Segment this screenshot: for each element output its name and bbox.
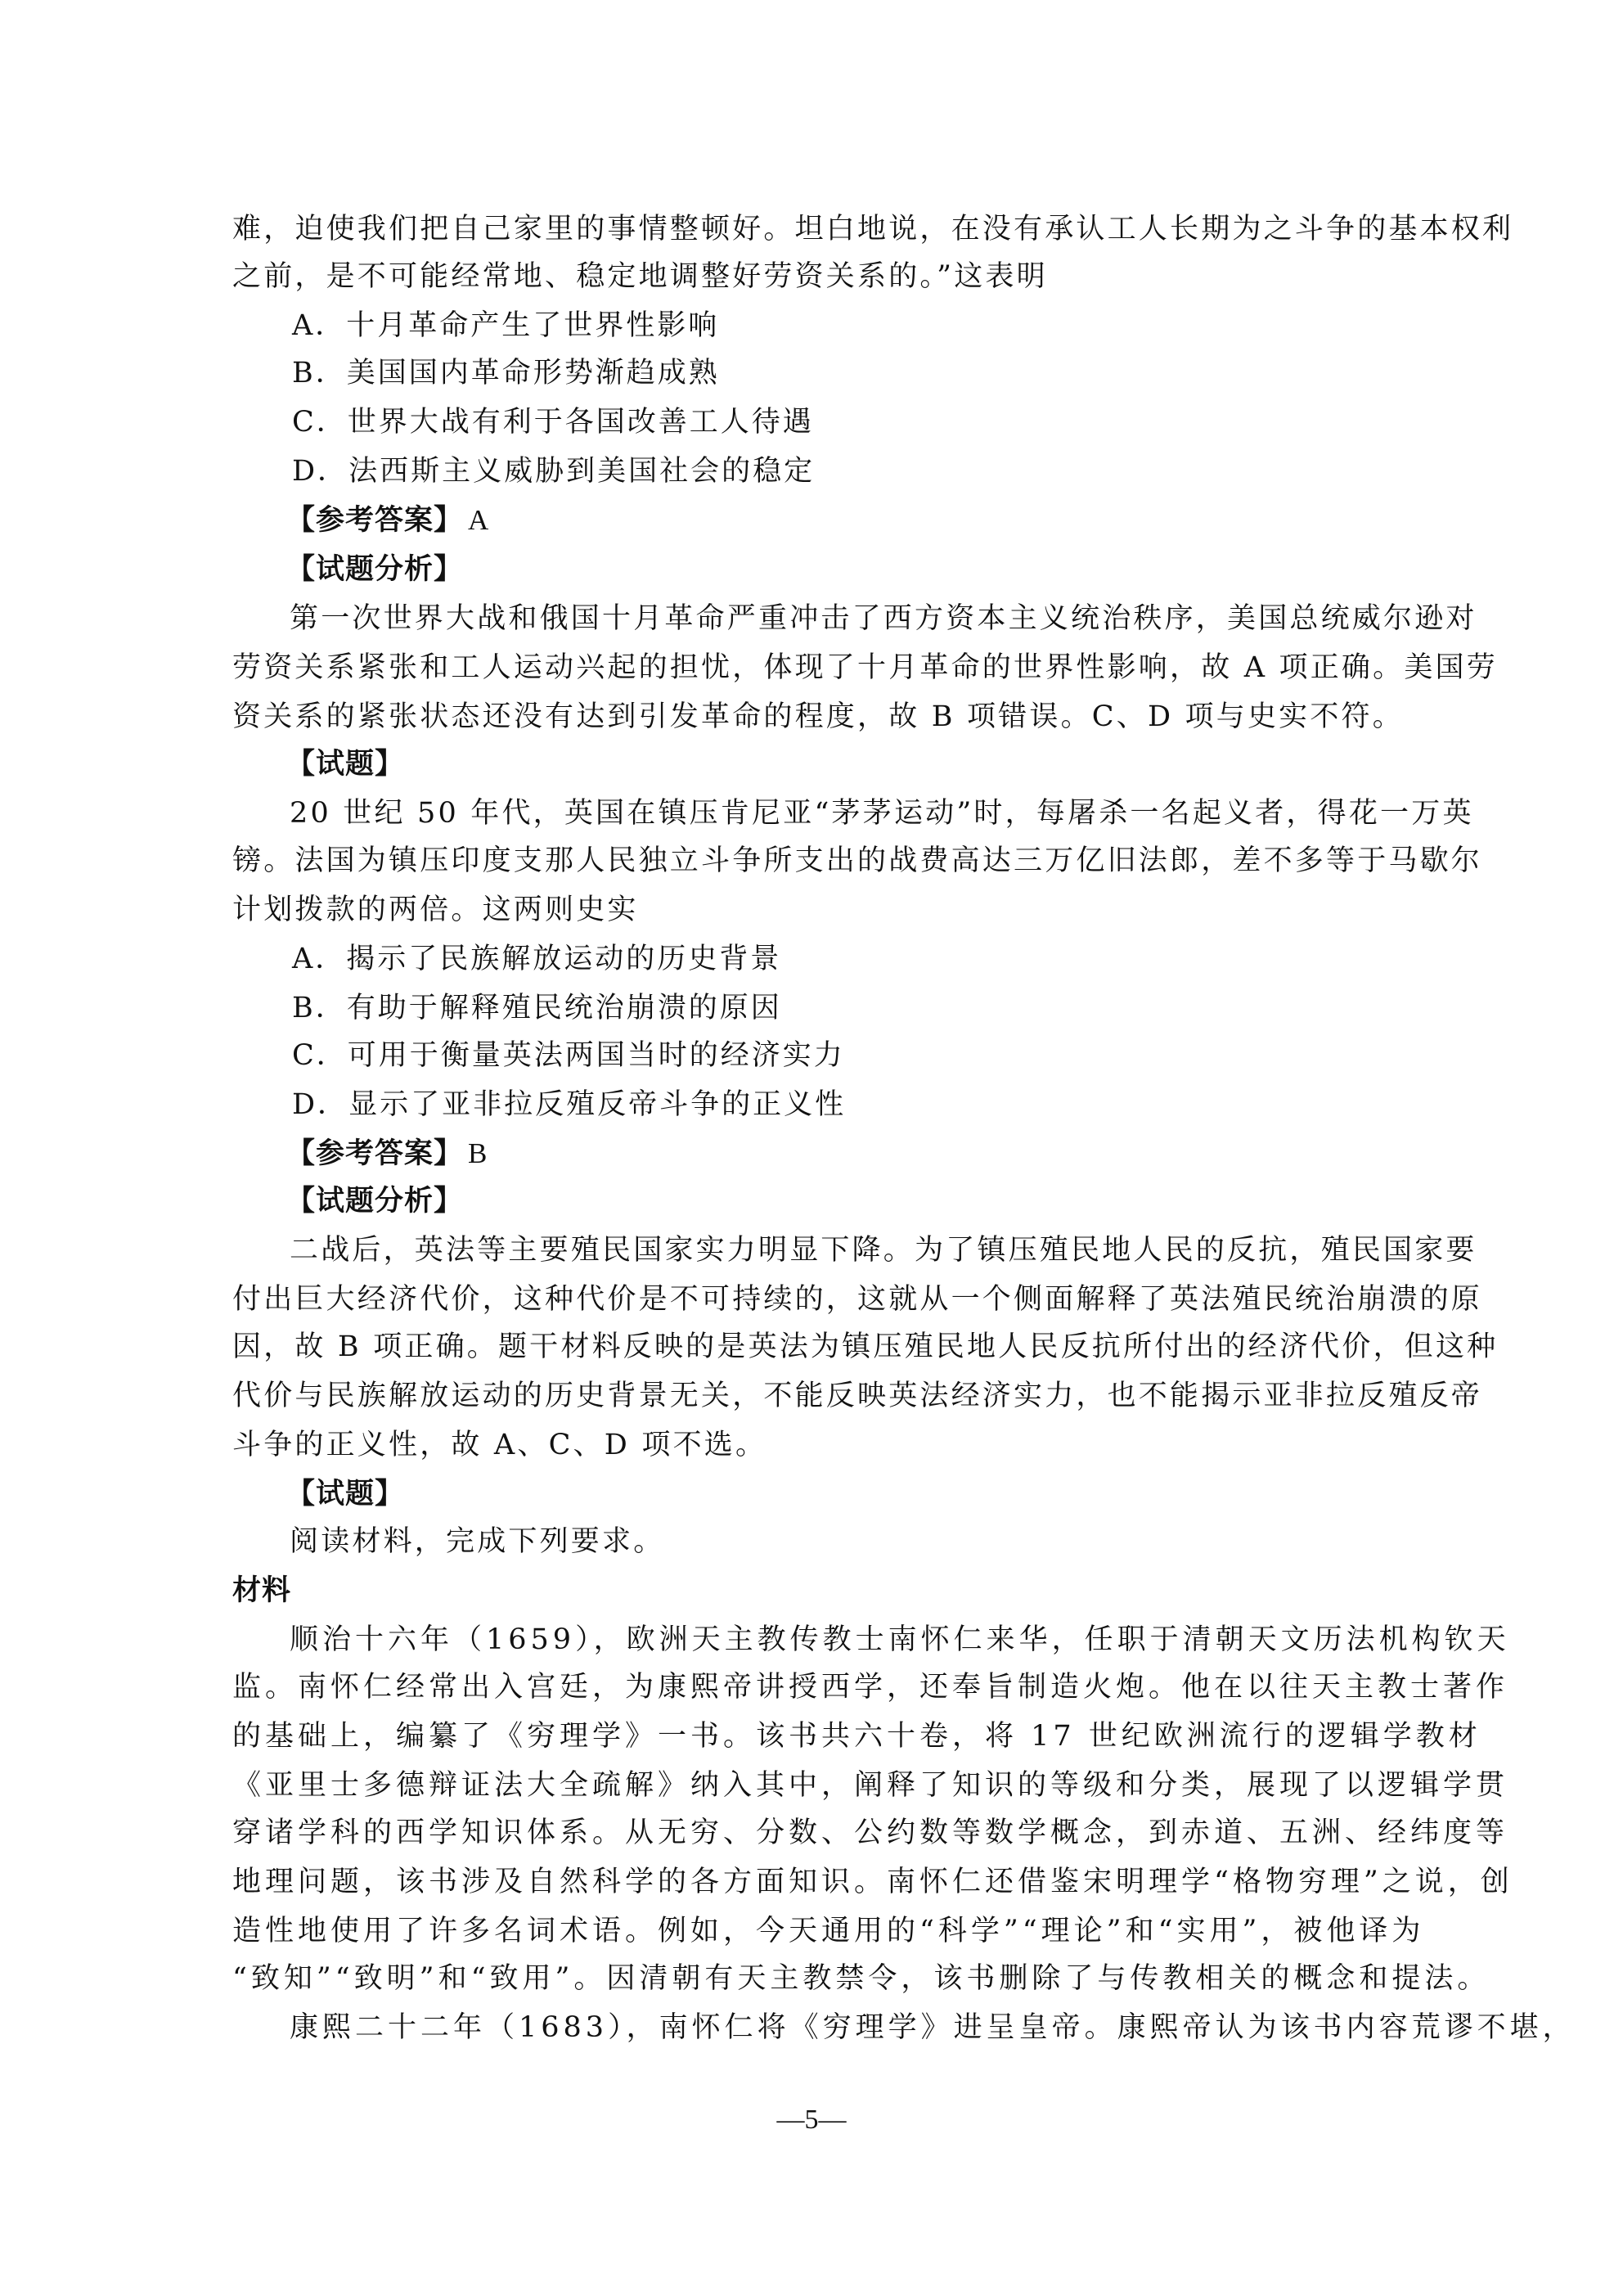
option-letter: D． — [292, 455, 348, 488]
option-letter: D． — [292, 1088, 348, 1121]
q1-analysis-heading: 【试题分析】 — [286, 545, 1448, 594]
material-line-2: 监。南怀仁经常出入宫廷，为康熙帝讲授西学，还奉旨制造火炮。他在以往天主教士著作 — [232, 1663, 1394, 1712]
option-letter: B． — [292, 992, 347, 1024]
material-line-1: 顺治十六年（1659），欧洲天主教传教士南怀仁来华，任职于清朝天文历法机构钦天 — [290, 1615, 1394, 1664]
q2-option-a: A．揭示了民族解放运动的历史背景 — [292, 934, 1355, 984]
option-letter: B． — [292, 357, 347, 389]
option-text: 世界大战有利于各国改善工人待遇 — [348, 406, 814, 439]
answer-heading: 【参考答案】 — [286, 504, 463, 537]
material-line-4: 《亚里士多德辩证法大全疏解》纳入其中，阐释了知识的等级和分类，展现了以逻辑学贯 — [232, 1761, 1394, 1810]
option-text: 法西斯主义威胁到美国社会的稳定 — [348, 455, 815, 488]
q1-answer: 【参考答案】A — [286, 496, 1448, 545]
q1-analysis-line-2: 劳资关系紧张和工人运动兴起的担忧，体现了十月革命的世界性影响，故 A 项正确。美… — [232, 643, 1394, 692]
material-line-7: 造性地使用了许多名词术语。例如，今天通用的“科学”“理论”和“实用”，被他译为 — [232, 1907, 1394, 1956]
material-line-3: 的基础上，编纂了《穷理学》一书。该书共六十卷，将 17 世纪欧洲流行的逻辑学教材 — [232, 1712, 1394, 1761]
option-letter: C． — [292, 406, 348, 439]
q2-analysis-line-5: 斗争的正义性，故 A、C、D 项不选。 — [232, 1420, 1394, 1470]
answer-value: A — [468, 504, 489, 536]
q2-answer: 【参考答案】B — [286, 1129, 1448, 1178]
q2-option-d: D．显示了亚非拉反殖反帝斗争的正义性 — [292, 1080, 1355, 1129]
q2-heading: 【试题】 — [286, 740, 1448, 789]
option-text: 显示了亚非拉反殖反帝斗争的正义性 — [348, 1088, 846, 1121]
q1-option-b: B．美国国内革命形势渐趋成熟 — [292, 349, 1355, 398]
option-letter: A． — [292, 309, 346, 342]
option-text: 可用于衡量英法两国当时的经济实力 — [348, 1039, 845, 1072]
q1-option-c: C．世界大战有利于各国改善工人待遇 — [292, 398, 1355, 447]
answer-heading: 【参考答案】 — [286, 1137, 463, 1170]
q2-stem-line-1: 20 世纪 50 年代，英国在镇压肯尼亚“茅茅运动”时，每屠杀一名起义者，得花一… — [290, 789, 1394, 838]
q3-instruction: 阅读材料，完成下列要求。 — [290, 1517, 1394, 1566]
q2-analysis-line-1: 二战后，英法等主要殖民国家实力明显下降。为了镇压殖民地人民的反抗，殖民国家要 — [290, 1226, 1394, 1275]
q2-option-b: B．有助于解释殖民统治崩溃的原因 — [292, 984, 1355, 1033]
q2-stem-line-2: 镑。法国为镇压印度支那人民独立斗争所支出的战费高达三万亿旧法郎，差不多等于马歇尔 — [232, 836, 1394, 885]
answer-value: B — [468, 1137, 488, 1169]
option-letter: C． — [292, 1039, 348, 1072]
q1-option-a: A．十月革命产生了世界性影响 — [292, 301, 1355, 350]
q2-analysis-line-2: 付出巨大经济代价，这种代价是不可持续的，这就从一个侧面解释了英法殖民统治崩溃的原 — [232, 1275, 1394, 1324]
q1-stem-line-1: 难，迫使我们把自己家里的事情整顿好。坦白地说，在没有承认工人长期为之斗争的基本权… — [232, 205, 1394, 254]
q1-option-d: D．法西斯主义威胁到美国社会的稳定 — [292, 447, 1355, 496]
option-text: 有助于解释殖民统治崩溃的原因 — [347, 992, 782, 1024]
option-letter: A． — [292, 943, 346, 975]
option-text: 美国国内革命形势渐趋成熟 — [347, 357, 720, 389]
page-number: —5— — [0, 2100, 1623, 2141]
material-line-8: “致知”“致明”和“致用”。因清朝有天主教禁令，该书删除了与传教相关的概念和提法… — [232, 1954, 1394, 2003]
material-label: 材料 — [232, 1566, 1394, 1615]
q2-analysis-line-4: 代价与民族解放运动的历史背景无关，不能反映英法经济实力，也不能揭示亚非拉反殖反帝 — [232, 1371, 1394, 1420]
q2-analysis-heading: 【试题分析】 — [286, 1177, 1448, 1226]
q2-stem-line-3: 计划拨款的两倍。这两则史实 — [232, 885, 1394, 934]
material-line-9: 康熙二十二年（1683），南怀仁将《穷理学》进呈皇帝。康熙帝认为该书内容荒谬不堪… — [290, 2003, 1394, 2052]
option-text: 揭示了民族解放运动的历史背景 — [346, 943, 781, 975]
q1-stem-line-2: 之前，是不可能经常地、稳定地调整好劳资关系的。”这表明 — [232, 252, 1394, 301]
q3-heading: 【试题】 — [286, 1470, 1448, 1519]
q1-analysis-line-3: 资关系的紧张状态还没有达到引发革命的程度，故 B 项错误。C、D 项与史实不符。 — [232, 692, 1394, 741]
q1-analysis-line-1: 第一次世界大战和俄国十月革命严重冲击了西方资本主义统治秩序，美国总统威尔逊对 — [290, 594, 1394, 643]
q2-option-c: C．可用于衡量英法两国当时的经济实力 — [292, 1031, 1355, 1080]
material-line-5: 穿诸学科的西学知识体系。从无穷、分数、公约数等数学概念，到赤道、五洲、经纬度等 — [232, 1808, 1394, 1857]
material-line-6: 地理问题，该书涉及自然科学的各方面知识。南怀仁还借鉴宋明理学“格物穷理”之说，创 — [232, 1857, 1394, 1907]
document-page: 难，迫使我们把自己家里的事情整顿好。坦白地说，在没有承认工人长期为之斗争的基本权… — [0, 0, 1623, 2296]
option-text: 十月革命产生了世界性影响 — [346, 309, 719, 342]
q2-analysis-line-3: 因，故 B 项正确。题干材料反映的是英法为镇压殖民地人民反抗所付出的经济代价，但… — [232, 1322, 1394, 1371]
